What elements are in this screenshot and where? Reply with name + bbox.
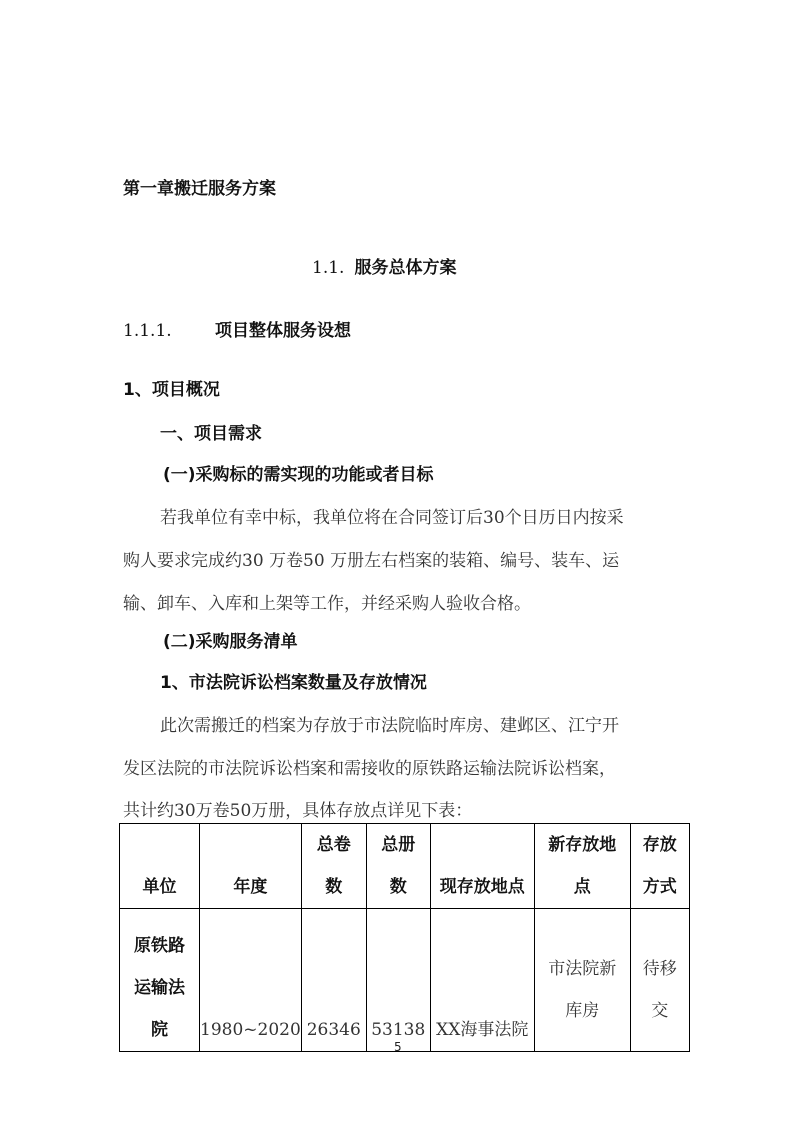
cell-new-location: 市法院新库房	[534, 909, 630, 1052]
cell-current-location: XX海事法院	[430, 909, 534, 1052]
paragraph-line: 发区法院的市法院诉讼档案和需接收的原铁路运输法院诉讼档案，	[123, 754, 616, 779]
chapter-title: 第一章搬迁服务方案	[123, 174, 276, 199]
heading-procurement-goals: (一)采购标的需实现的功能或者目标	[163, 460, 434, 485]
subsection-heading: 1.1.1.项目整体服务设想	[123, 316, 351, 341]
table-header-row: 单位 年度 总卷数 总册数 现存放地点 新存放地点 存放方式	[120, 824, 690, 909]
heading-project-requirements: 一、项目需求	[160, 419, 262, 444]
heading-service-list: (二)采购服务清单	[163, 627, 298, 652]
header-total-books: 总册数	[366, 824, 430, 909]
paragraph-line: 共计约30万卷50万册，具体存放点详见下表：	[123, 796, 472, 821]
paragraph-line: 购人要求完成约30 万卷50 万册左右档案的装箱、编号、装车、运	[123, 546, 619, 571]
cell-total-volumes: 26346	[301, 909, 366, 1052]
cell-storage-method: 待移交	[630, 909, 689, 1052]
paragraph-line: 若我单位有幸中标，我单位将在合同签订后30个日历日内按采	[160, 503, 624, 528]
header-current-location: 现存放地点	[430, 824, 534, 909]
section-number: 1.1.	[312, 258, 344, 278]
header-unit: 单位	[120, 824, 200, 909]
table-row: 原铁路运输法院 1980~2020 26346 53138 XX海事法院 市法院…	[120, 909, 690, 1052]
subsection-title: 项目整体服务设想	[215, 321, 351, 341]
cell-total-books: 53138	[366, 909, 430, 1052]
header-year: 年度	[200, 824, 302, 909]
paragraph-line: 输、卸车、入库和上架等工作，并经采购人验收合格。	[123, 589, 531, 614]
heading-project-overview: 1、项目概况	[123, 375, 220, 400]
header-storage-method: 存放方式	[630, 824, 689, 909]
archive-storage-table: 单位 年度 总卷数 总册数 现存放地点 新存放地点 存放方式 原铁路运输法院 1…	[119, 823, 690, 1052]
heading-archive-quantity: 1、市法院诉讼档案数量及存放情况	[160, 668, 427, 693]
section-title: 服务总体方案	[354, 258, 456, 278]
cell-unit: 原铁路运输法院	[120, 909, 200, 1052]
subsection-number: 1.1.1.	[123, 321, 215, 341]
header-new-location: 新存放地点	[534, 824, 630, 909]
paragraph-line: 此次需搬迁的档案为存放于市法院临时库房、建邺区、江宁开	[160, 711, 619, 736]
section-heading: 1.1.服务总体方案	[312, 253, 456, 278]
cell-year: 1980~2020	[200, 909, 302, 1052]
header-total-volumes: 总卷数	[301, 824, 366, 909]
page-number: 5	[394, 1040, 402, 1054]
